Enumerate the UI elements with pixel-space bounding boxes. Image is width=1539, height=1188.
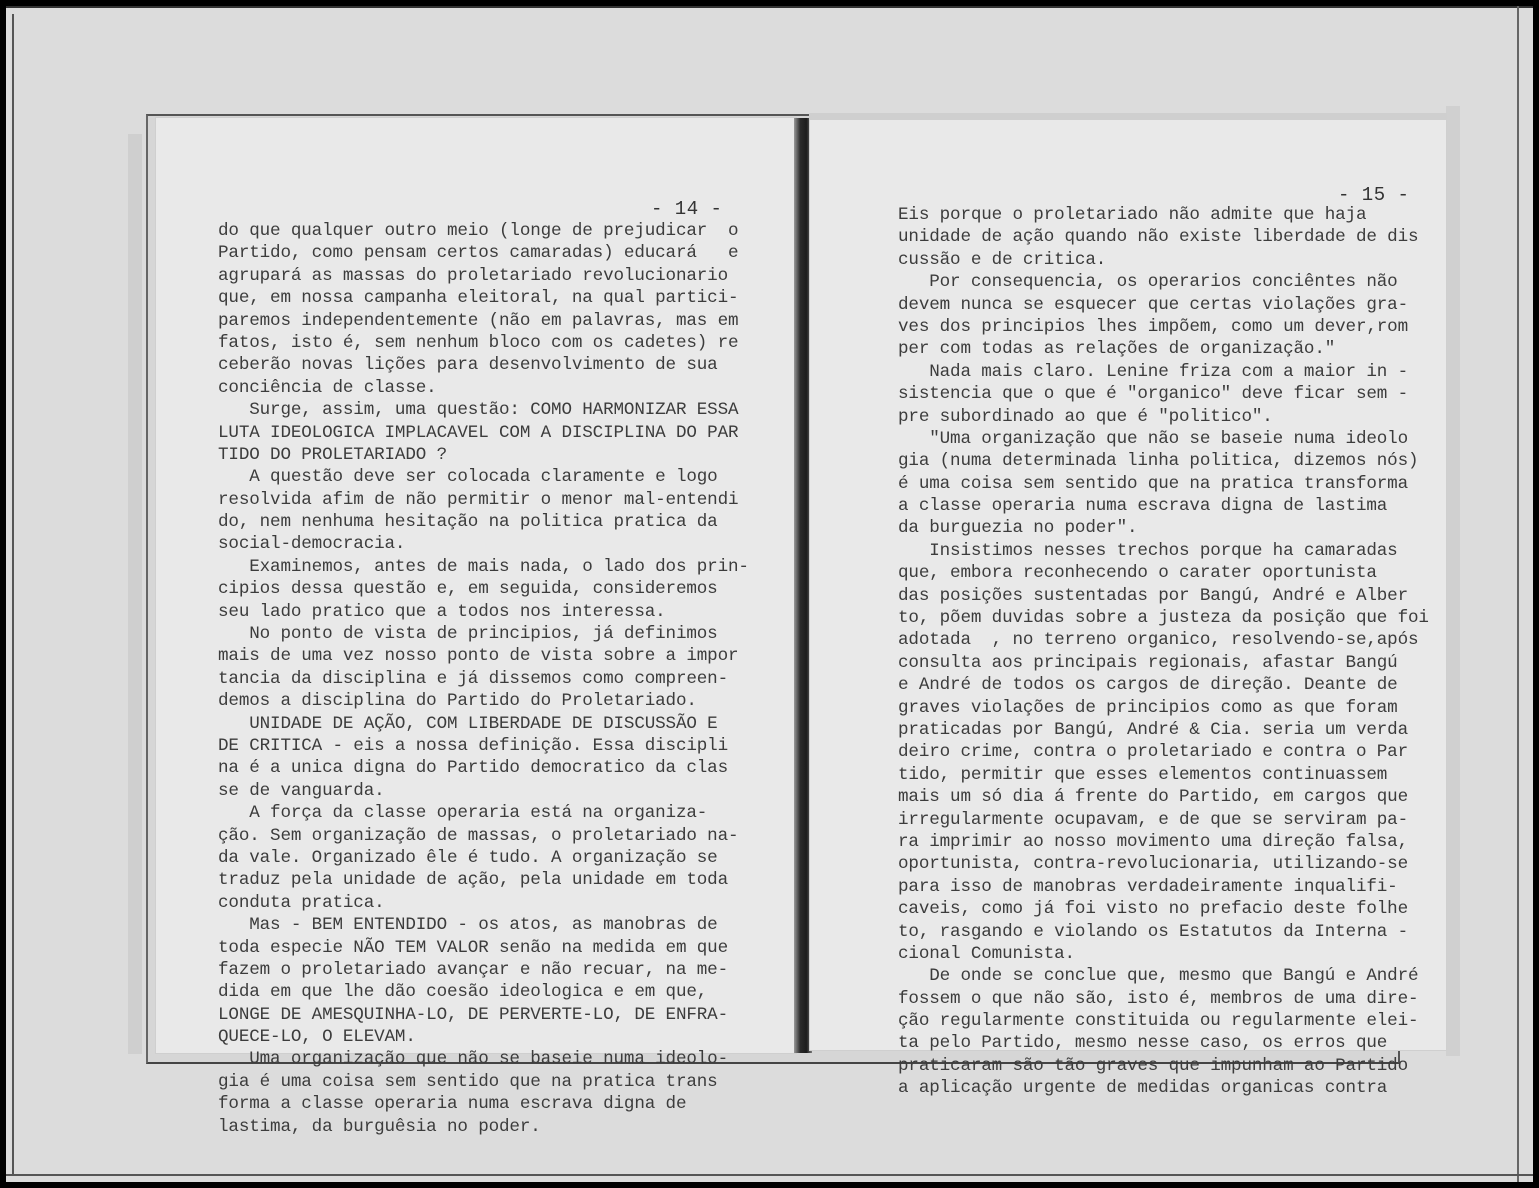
text-line: paremos independentemente (não em palavr… [218,310,749,332]
text-line: agrupará as massas do proletariado revol… [218,265,749,287]
text-line: Partido, como pensam certos camaradas) e… [218,242,749,264]
text-line: tancia da disciplina e já dissemos como … [218,668,749,690]
text-line: irregularmente ocupavam, e de que se ser… [898,809,1429,831]
text-line: das posições sustentadas por Bangú, Andr… [898,585,1429,607]
text-line: consulta aos principais regionais, afast… [898,652,1429,674]
text-line: A força da classe operaria está na organ… [218,802,749,824]
frame-line-left [12,14,14,1174]
text-line: social-democracia. [218,533,749,555]
text-line: ves dos principios lhes impõem, como um … [898,316,1429,338]
text-line: se de vanguarda. [218,780,749,802]
text-line: demos a disciplina do Partido do Proleta… [218,690,749,712]
text-line: graves violações de principios como as q… [898,697,1429,719]
text-line: devem nunca se esquecer que certas viola… [898,294,1429,316]
text-line: Uma organização que não se baseie numa i… [218,1048,749,1070]
text-line: conduta pratica. [218,892,749,914]
text-line: TIDO DO PROLETARIADO ? [218,444,749,466]
text-line: praticadas por Bangú, André & Cia. seria… [898,719,1429,741]
text-line: da vale. Organizado êle é tudo. A organi… [218,847,749,869]
text-line: Nada mais claro. Lenine friza com a maio… [898,361,1429,383]
text-line: que, em nossa campanha eleitoral, na qua… [218,287,749,309]
page-body: do que qualquer outro meio (longe de pre… [218,220,749,1138]
text-line: toda especie NÃO TEM VALOR senão na medi… [218,937,749,959]
text-line: na é a unica digna do Partido democratic… [218,757,749,779]
text-line: to, põem duvidas sobre a justeza da posi… [898,607,1429,629]
text-line: é uma coisa sem sentido que na pratica t… [898,473,1429,495]
text-line: ceberão novas lições para desenvolviment… [218,354,749,376]
text-line: fazem o proletariado avançar e não recua… [218,959,749,981]
text-line: traduz pela unidade de ação, pela unidad… [218,869,749,891]
frame-line-top [6,6,1533,8]
text-line: Por consequencia, os operarios conciênte… [898,271,1429,293]
text-line: mais de uma vez nosso ponto de vista sob… [218,645,749,667]
text-line: praticaram são tão graves que impunham a… [898,1055,1429,1077]
shadow-strip [128,134,142,1054]
page-15: - 15 - Eis porque o proletariado não adm… [810,114,1446,1050]
page-body: Eis porque o proletariado não admite que… [898,204,1429,1100]
text-line: deiro crime, contra o proletariado e con… [898,741,1429,763]
text-line: UNIDADE DE AÇÃO, COM LIBERDADE DE DISCUS… [218,713,749,735]
text-line: Mas - BEM ENTENDIDO - os atos, as manobr… [218,914,749,936]
text-line: sistencia que o que é "organico" deve fi… [898,383,1429,405]
scanned-image: - 14 - do que qualquer outro meio (longe… [6,6,1533,1182]
text-line: No ponto de vista de principios, já defi… [218,623,749,645]
text-line: seu lado pratico que a todos nos interes… [218,601,749,623]
text-line: Insistimos nesses trechos porque ha cama… [898,540,1429,562]
text-line: a classe operaria numa escrava digna de … [898,495,1429,517]
text-line: to, rasgando e violando os Estatutos da … [898,921,1429,943]
text-line: cipios dessa questão e, em seguida, cons… [218,578,749,600]
text-line: dida em que lhe dão coesão ideologica e … [218,981,749,1003]
text-line: gia (numa determinada linha politica, di… [898,450,1429,472]
text-line: mais um só dia á frente do Partido, em c… [898,786,1429,808]
text-line: LONGE DE AMESQUINHA-LO, DE PERVERTE-LO, … [218,1004,749,1026]
text-line: A questão deve ser colocada claramente e… [218,466,749,488]
text-line: fatos, isto é, sem nenhum bloco com os c… [218,332,749,354]
text-line: Examinemos, antes de mais nada, o lado d… [218,556,749,578]
text-line: ção regularmente constituida ou regularm… [898,1010,1429,1032]
text-line: LUTA IDEOLOGICA IMPLACAVEL COM A DISCIPL… [218,422,749,444]
page-number: - 14 - [651,198,722,220]
text-line: do que qualquer outro meio (longe de pre… [218,220,749,242]
page-14: - 14 - do que qualquer outro meio (longe… [156,118,796,1053]
page-number: - 15 - [1338,184,1409,206]
text-line: conciência de classe. [218,377,749,399]
text-line: Eis porque o proletariado não admite que… [898,204,1429,226]
text-line: cional Comunista. [898,943,1429,965]
right-shadow [1446,106,1460,1056]
text-line: cussão e de critica. [898,249,1429,271]
frame-line-bottom [6,1174,1533,1176]
text-line: da burguezia no poder". [898,517,1429,539]
text-line: DE CRITICA - eis a nossa definição. Essa… [218,735,749,757]
text-line: per com todas as relações de organização… [898,338,1429,360]
text-line: "Uma organização que não se baseie numa … [898,428,1429,450]
text-line: e André de todos os cargos de direção. D… [898,674,1429,696]
text-line: lastima, da burguêsia no poder. [218,1116,749,1138]
text-line: unidade de ação quando não existe liberd… [898,226,1429,248]
frame-line-right [1517,6,1519,1182]
text-line: ra imprimir ao nosso movimento uma direç… [898,831,1429,853]
text-line: QUECE-LO, O ELEVAM. [218,1026,749,1048]
text-line: do, nem nenhuma hesitação na politica pr… [218,511,749,533]
text-line: que, embora reconhecendo o carater oport… [898,562,1429,584]
text-line: fossem o que não são, isto é, membros de… [898,988,1429,1010]
text-line: tido, permitir que esses elementos conti… [898,764,1429,786]
text-line: caveis, como já foi visto no prefacio de… [898,898,1429,920]
text-line: gia é uma coisa sem sentido que na prati… [218,1071,749,1093]
text-line: adotada , no terreno organico, resolvend… [898,629,1429,651]
text-line: ta pelo Partido, mesmo nesse caso, os er… [898,1032,1429,1054]
text-line: para isso de manobras verdadeiramente in… [898,876,1429,898]
text-line: De onde se conclue que, mesmo que Bangú … [898,965,1429,987]
text-line: Surge, assim, uma questão: COMO HARMONIZ… [218,399,749,421]
text-line: a aplicação urgente de medidas organicas… [898,1077,1429,1099]
text-line: ção. Sem organização de massas, o prolet… [218,825,749,847]
text-line: resolvida afim de não permitir o menor m… [218,489,749,511]
text-line: oportunista, contra-revolucionaria, util… [898,853,1429,875]
text-line: pre subordinado ao que é "politico". [898,406,1429,428]
text-line: forma a classe operaria numa escrava dig… [218,1093,749,1115]
